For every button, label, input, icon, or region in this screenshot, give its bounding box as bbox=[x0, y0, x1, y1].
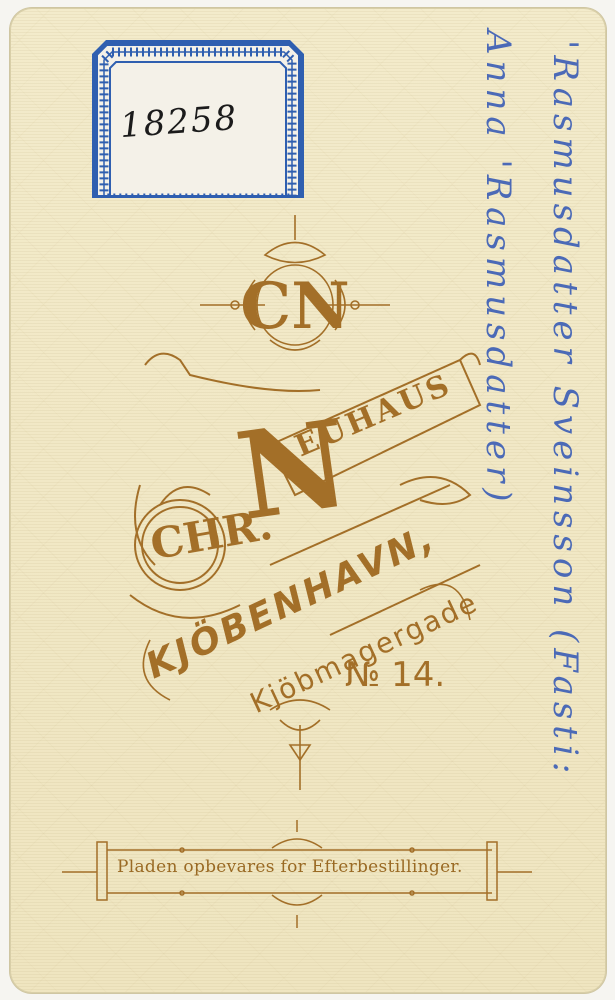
catalog-number: 18258 bbox=[119, 98, 240, 146]
footer-notice: Pladen opbevares for Efterbestillinger. bbox=[117, 857, 463, 877]
svg-text:CN: CN bbox=[240, 269, 349, 344]
catalog-label: 18258 bbox=[92, 40, 304, 198]
studio-street-number: № 14. bbox=[345, 655, 445, 695]
handwritten-note-1: 'Rasmusdatter Sveinsson (Fasti: bbox=[545, 40, 585, 779]
